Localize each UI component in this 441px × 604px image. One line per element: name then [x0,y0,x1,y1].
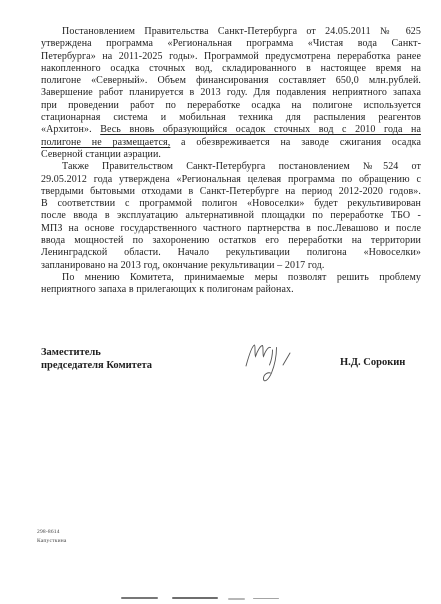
text-segment: Ленинградской области. Начало рекультива… [41,247,421,258]
text-line: В соответствии с программой полигон «Нов… [41,198,421,210]
text-line: «Архитон». Весь вновь образующийся осадо… [41,124,421,136]
text-segment: ввода мощностей по захоронению остатков … [41,235,421,246]
letter-body: Постановлением Правительства Санкт-Петер… [41,26,421,297]
executor-name: Капусткина [37,537,67,546]
text-line: стационарная система и мобильная техника… [41,112,421,124]
paragraph-3: По мнению Комитета, принимаемые меры поз… [41,272,421,297]
signatory-name: Н.Д. Сорокин [340,357,405,368]
text-line: Также Правительством Санкт-Петербурга по… [41,161,421,173]
text-segment: после ввода в эксплуатацию альтернативно… [41,210,421,221]
scan-artifact [172,597,218,600]
text-line: МПЗ на основе государственного частного … [41,223,421,235]
text-segment: накопленного осадка сточных вод, складир… [41,63,421,74]
signatory-position-line2: председателя Комитета [41,359,152,372]
text-segment: стационарная система и мобильная техника… [41,112,421,123]
text-line: Ленинградской области. Начало рекультива… [41,247,421,259]
text-segment: Северной станции аэрации. [41,149,161,160]
paragraph-1: Постановлением Правительства Санкт-Петер… [41,26,421,161]
text-line: Постановлением Правительства Санкт-Петер… [41,26,421,38]
text-segment: твердыми бытовыми отходами в Санкт-Петер… [41,186,421,197]
text-line: Северной станции аэрации. [41,149,421,161]
text-segment: при проведении работ по переработке осад… [41,100,421,111]
text-segment: запланировано на 2013 год, окончание рек… [41,260,324,271]
text-line: ввода мощностей по захоронению остатков … [41,235,421,247]
text-line: при проведении работ по переработке осад… [41,100,421,112]
text-line: Завершение работ планируется в 2013 году… [41,87,421,99]
text-line: запланировано на 2013 год, окончание рек… [41,260,421,272]
text-segment: 29.05.2012 года утверждена «Региональная… [41,174,421,185]
underlined-text-segment: Весь вновь образующийся осадок сточных в… [100,124,421,135]
text-line: По мнению Комитета, принимаемые меры поз… [41,272,421,284]
text-segment: «Архитон». [41,124,100,135]
text-segment: МПЗ на основе государственного частного … [41,223,421,234]
text-line: полигоне не размещается, а обезвреживает… [41,137,421,149]
text-line: Петербурга» на 2011-2025 годы». Программ… [41,51,421,63]
signatory-position: Заместитель председателя Комитета [41,346,152,372]
text-segment: утверждена программа «Региональная прогр… [41,38,421,49]
scan-artifact [121,597,158,599]
signatory-position-line1: Заместитель [41,346,152,359]
scan-artifact [228,598,245,600]
paragraph-2: Также Правительством Санкт-Петербурга по… [41,161,421,272]
executor-phone: 298-8614 [37,528,67,537]
text-segment: Постановлением Правительства Санкт-Петер… [62,26,421,37]
text-segment: Петербурга» на 2011-2025 годы». Программ… [41,51,421,62]
text-segment: Также Правительством Санкт-Петербурга по… [62,161,421,172]
executor-note: 298-8614 Капусткина [37,528,67,546]
text-segment: а обезвреживается на заводе сжигания оса… [170,137,421,148]
underlined-text-segment: полигоне не размещается, [41,137,170,148]
text-line: полигоне «Северный». Объем финансировани… [41,75,421,87]
text-segment: неприятного запаха в прилегающих к полиг… [41,284,294,295]
signature-autograph [243,342,301,390]
text-segment: полигоне «Северный». Объем финансировани… [41,75,421,86]
text-line: твердыми бытовыми отходами в Санкт-Петер… [41,186,421,198]
text-segment: Завершение работ планируется в 2013 году… [41,87,421,98]
scan-artifact [253,598,279,600]
text-line: накопленного осадка сточных вод, складир… [41,63,421,75]
text-line: 29.05.2012 года утверждена «Региональная… [41,174,421,186]
text-segment: В соответствии с программой полигон «Нов… [41,198,421,209]
text-line: после ввода в эксплуатацию альтернативно… [41,210,421,222]
text-segment: По мнению Комитета, принимаемые меры поз… [62,272,421,283]
text-line: неприятного запаха в прилегающих к полиг… [41,284,421,296]
document-page: Постановлением Правительства Санкт-Петер… [0,0,441,604]
text-line: утверждена программа «Региональная прогр… [41,38,421,50]
